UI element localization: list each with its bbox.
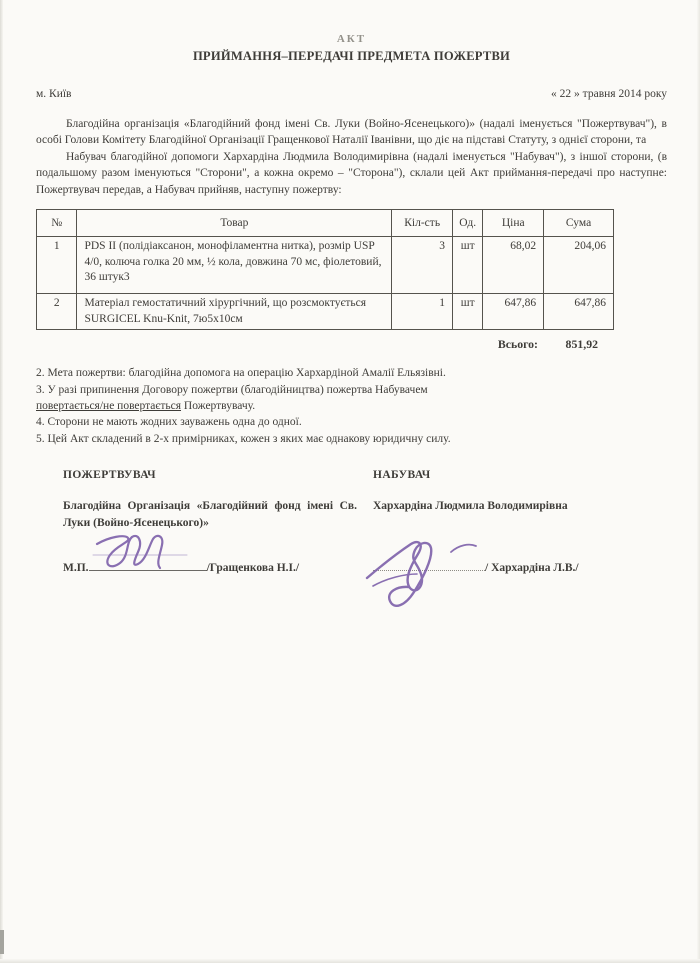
totals-row: Всього: 851,92 bbox=[36, 337, 614, 352]
row-price: 68,02 bbox=[483, 237, 544, 294]
clause-2: 2. Мета пожертви: благодійна допомога на… bbox=[36, 365, 667, 381]
table-row: 1 PDS II (полідіаксанон, монофіламентна … bbox=[37, 237, 614, 294]
row-quantity: 1 bbox=[392, 294, 453, 330]
place-label: м. Київ bbox=[36, 88, 71, 100]
document-body: АКТ ПРИЙМАННЯ–ПЕРЕДАЧІ ПРЕДМЕТА ПОЖЕРТВИ… bbox=[0, 0, 700, 574]
scan-artifact-mark bbox=[0, 930, 4, 954]
clause-3: 3. У разі припинення Договору пожертви (… bbox=[36, 382, 667, 415]
header-number: № bbox=[37, 210, 77, 237]
signature-line bbox=[89, 558, 207, 571]
header-quantity: Кіл-сть bbox=[392, 210, 453, 237]
recipient-sign-label: / Хархардіна Л.В./ bbox=[485, 562, 579, 574]
intro-paragraph-1: Благодійна організація «Благодійний фонд… bbox=[36, 116, 667, 149]
clause-3-suffix: Пожертвувачу. bbox=[181, 400, 255, 412]
signature-line bbox=[373, 558, 485, 571]
donor-signature-block: ПОЖЕРТВУВАЧ Благодійна Організація «Благ… bbox=[63, 469, 357, 574]
document-kicker: АКТ bbox=[36, 34, 667, 45]
row-quantity: 3 bbox=[392, 237, 453, 294]
header-sum: Сума bbox=[544, 210, 614, 237]
clause-3-underlined: повертається/не повертається bbox=[36, 400, 181, 412]
document-title: ПРИЙМАННЯ–ПЕРЕДАЧІ ПРЕДМЕТА ПОЖЕРТВИ bbox=[36, 49, 667, 64]
clauses-section: 2. Мета пожертви: благодійна допомога на… bbox=[36, 365, 667, 447]
recipient-name: Хархардіна Людмила Володимирівна bbox=[373, 498, 625, 546]
scan-edge-bottom bbox=[0, 959, 700, 963]
donor-sign-label: /Гращенкова Н.І./ bbox=[207, 562, 300, 574]
row-sum: 647,86 bbox=[544, 294, 614, 330]
kharkhardina-signature bbox=[359, 534, 491, 622]
row-sum: 204,06 bbox=[544, 237, 614, 294]
recipient-signature-line: / Хархардіна Л.В./ bbox=[373, 558, 625, 574]
row-unit: шт bbox=[453, 294, 483, 330]
total-value: 851,92 bbox=[538, 337, 598, 352]
intro-paragraph-2: Набувач благодійної допомоги Хархардіна … bbox=[36, 149, 667, 198]
row-number: 1 bbox=[37, 237, 77, 294]
clause-3-prefix: 3. У разі припинення Договору пожертви (… bbox=[36, 384, 428, 396]
table-header-row: № Товар Кіл-сть Од. Ціна Сума bbox=[37, 210, 614, 237]
row-item: PDS II (полідіаксанон, монофіламентна ни… bbox=[77, 237, 392, 294]
total-label: Всього: bbox=[498, 337, 538, 352]
recipient-signature-block: НАБУВАЧ Хархардіна Людмила Володимирівна… bbox=[373, 469, 625, 574]
donor-name: Благодійна Організація «Благодійний фонд… bbox=[63, 498, 357, 546]
table-row: 2 Матеріал гемостатичний хірургічний, що… bbox=[37, 294, 614, 330]
date-label: « 22 » травня 2014 року bbox=[551, 88, 667, 100]
row-item: Матеріал гемостатичний хірургічний, що р… bbox=[77, 294, 392, 330]
items-table: № Товар Кіл-сть Од. Ціна Сума 1 PDS II (… bbox=[36, 209, 614, 330]
header-item: Товар bbox=[77, 210, 392, 237]
seal-label: М.П. bbox=[63, 562, 89, 574]
header-price: Ціна bbox=[483, 210, 544, 237]
recipient-role-heading: НАБУВАЧ bbox=[373, 469, 625, 481]
intro-section: Благодійна організація «Благодійний фонд… bbox=[36, 116, 667, 198]
row-unit: шт bbox=[453, 237, 483, 294]
donor-signature-line: М.П./Гращенкова Н.І./ bbox=[63, 558, 357, 574]
clause-5: 5. Цей Акт складений в 2-х примірниках, … bbox=[36, 431, 667, 447]
row-number: 2 bbox=[37, 294, 77, 330]
meta-row: м. Київ « 22 » травня 2014 року bbox=[36, 88, 667, 100]
document-page: { "document": { "kicker": "АКТ", "title"… bbox=[0, 0, 700, 963]
row-price: 647,86 bbox=[483, 294, 544, 330]
header-unit: Од. bbox=[453, 210, 483, 237]
signatures-section: ПОЖЕРТВУВАЧ Благодійна Організація «Благ… bbox=[36, 469, 667, 574]
donor-role-heading: ПОЖЕРТВУВАЧ bbox=[63, 469, 357, 481]
clause-4: 4. Сторони не мають жодних зауважень одн… bbox=[36, 414, 667, 430]
